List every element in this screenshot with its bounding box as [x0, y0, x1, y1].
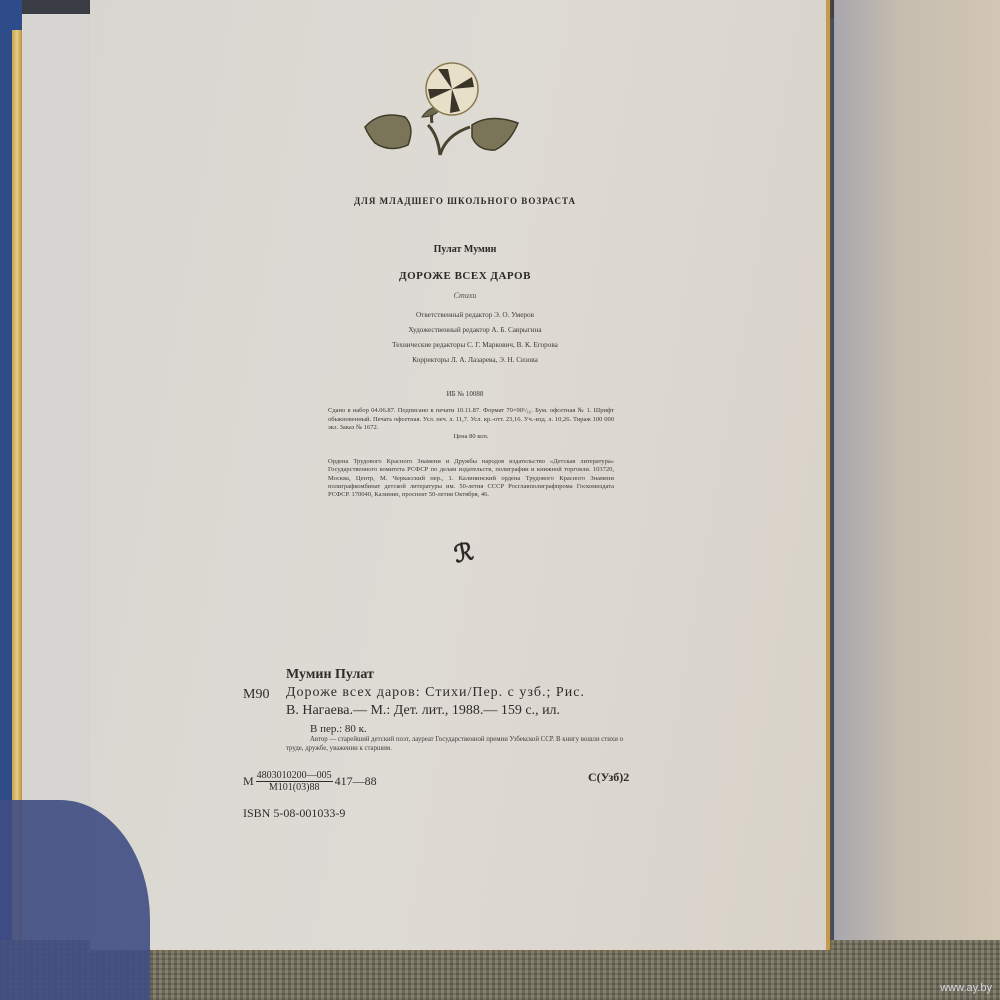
card-title-line: Дороже всех даров: Стихи/Пер. с узб.; Ри…	[286, 685, 585, 701]
publisher-info: Ордена Трудового Красного Знамени и Друж…	[328, 458, 614, 499]
index-fraction: 4803010200—005 М101(03)88	[256, 770, 333, 793]
book-price: Цена 80 коп.	[328, 433, 614, 442]
card-imprint-line: В. Нагаева.— М.: Дет. лит., 1988.— 159 с…	[286, 703, 560, 719]
watermark: www.ay.by	[940, 982, 992, 994]
ib-number: ИБ № 10088	[300, 390, 630, 398]
catalog-index: М 4803010200—005 М101(03)88 417—88	[243, 770, 377, 793]
cotton-flower-icon	[360, 55, 530, 165]
genre-label: Стихи	[300, 291, 630, 300]
index-prefix: М	[243, 774, 254, 789]
right-page	[834, 0, 1000, 940]
isbn: ISBN 5-08-001033-9	[243, 806, 345, 821]
book-title: ДОРОЖЕ ВСЕХ ДАРОВ	[300, 270, 630, 282]
printing-specs: Сдано в набор 04.06.87. Подписано к печа…	[328, 407, 614, 431]
card-author: Мумин Пулат	[286, 667, 374, 683]
editorial-credits: Ответственный редактор Э. О. Умеров Худо…	[330, 310, 620, 370]
credit-line: Технические редакторы С. Г. Маркович, В.…	[330, 340, 620, 351]
author-name: Пулат Мумин	[300, 244, 630, 255]
credit-line: Корректоры Л. А. Лазарева, Э. Н. Сизова	[330, 355, 620, 366]
bbk-code: С(Узб)2	[588, 770, 629, 785]
index-numerator: 4803010200—005	[256, 770, 333, 782]
credit-line: Ответственный редактор Э. О. Умеров	[330, 310, 620, 321]
card-annotation: Автор — старейший детский поэт, лауреат …	[286, 735, 626, 753]
index-suffix: 417—88	[335, 774, 377, 789]
index-denominator: М101(03)88	[269, 782, 320, 793]
author-code: М90	[243, 687, 269, 703]
card-binding-price: В пер.: 80 к.	[310, 723, 367, 735]
credit-line: Художественный редактор А. Б. Саврыгина	[330, 325, 620, 336]
printing-details: Сдано в набор 04.06.87. Подписано к печа…	[328, 407, 614, 441]
series-label: ДЛЯ МЛАДШЕГО ШКОЛЬНОГО ВОЗРАСТА	[300, 196, 630, 206]
